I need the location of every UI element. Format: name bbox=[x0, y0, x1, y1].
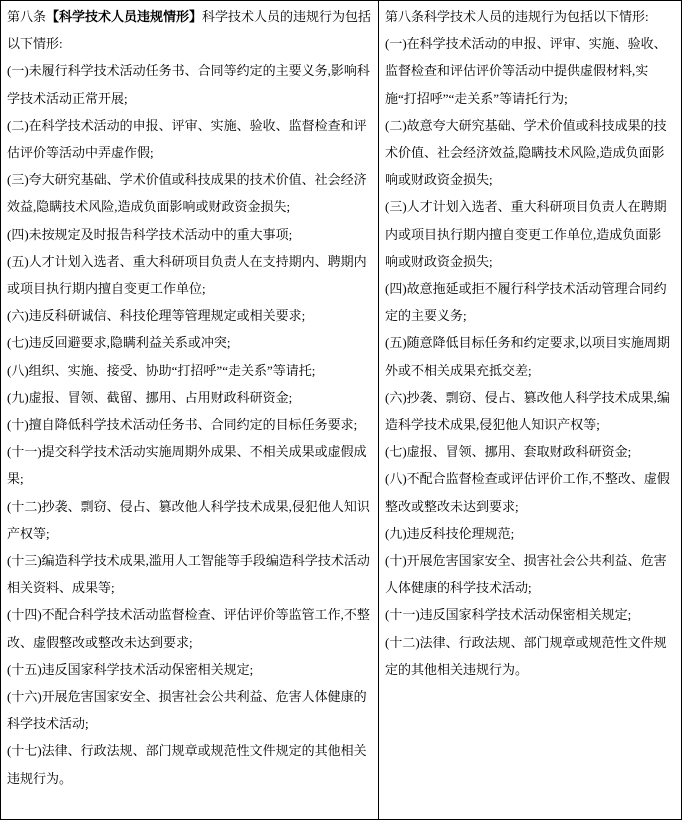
clause-cell-left: 第八条【科学技术人员违规情形】科学技术人员的违规行为包括以下情形: (一)未履行… bbox=[1, 1, 379, 819]
document-page: 第八条【科学技术人员违规情形】科学技术人员的违规行为包括以下情形: (一)未履行… bbox=[0, 0, 682, 820]
clause-item: (一)未履行科学技术活动任务书、合同等约定的主要义务,影响科学技术活动正常开展; bbox=[7, 57, 374, 111]
clause-item: (十三)编造科学技术成果,滥用人工智能等手段编造科学技术活动相关资料、成果等; bbox=[7, 547, 374, 601]
article-heading-right: 第八条科学技术人员的违规行为包括以下情形: bbox=[385, 3, 672, 30]
clause-item: (九)虚报、冒领、截留、挪用、占用财政科研资金; bbox=[7, 384, 374, 411]
clause-item: (七)违反回避要求,隐瞒利益关系或冲突; bbox=[7, 329, 374, 356]
clause-item: (十二)法律、行政法规、部门规章或规范性文件规定的其他相关违规行为。 bbox=[385, 629, 672, 683]
clause-item: (四)故意拖延或拒不履行科学技术活动管理合同约定的主要义务; bbox=[385, 275, 672, 329]
clause-item: (一)在科学技术活动的申报、评审、实施、验收、监督检查和评估评价等活动中提供虚假… bbox=[385, 30, 672, 112]
clause-item: (五)随意降低目标任务和约定要求,以项目实施周期外或不相关成果充抵交差; bbox=[385, 329, 672, 383]
clause-cell-right: 第八条科学技术人员的违规行为包括以下情形: (一)在科学技术活动的申报、评审、实… bbox=[379, 1, 681, 819]
clause-item: (十六)开展危害国家安全、损害社会公共利益、危害人体健康的科学技术活动; bbox=[7, 683, 374, 737]
clause-item: (十四)不配合科学技术活动监督检查、评估评价等监管工作,不整改、虚假整改或整改未… bbox=[7, 601, 374, 655]
clause-item: (九)违反科技伦理规范; bbox=[385, 520, 672, 547]
clause-item: (十七)法律、行政法规、部门规章或规范性文件规定的其他相关违规行为。 bbox=[7, 737, 374, 791]
clause-item: (十五)违反国家科学技术活动保密相关规定; bbox=[7, 656, 374, 683]
clause-item: (十)擅自降低科学技术活动任务书、合同约定的目标任务要求; bbox=[7, 411, 374, 438]
clause-item: (十一)违反国家科学技术活动保密相关规定; bbox=[385, 601, 672, 628]
clause-item: (七)虚报、冒领、挪用、套取财政科研资金; bbox=[385, 438, 672, 465]
clause-item: (十一)提交科学技术活动实施周期外成果、不相关成果或虚假成果; bbox=[7, 438, 374, 492]
clause-item: (五)人才计划入选者、重大科研项目负责人在支持期内、聘期内或项目执行期内擅自变更… bbox=[7, 248, 374, 302]
clause-item: (八)组织、实施、接受、协助“打招呼”“走关系”等请托; bbox=[7, 357, 374, 384]
clause-item: (二)在科学技术活动的申报、评审、实施、验收、监督检查和评估评价等活动中弄虚作假… bbox=[7, 112, 374, 166]
article-title-bold: 【科学技术人员违规情形】 bbox=[46, 9, 202, 24]
clause-item: (二)故意夸大研究基础、学术价值或科技成果的技术价值、社会经济效益,隐瞒技术风险… bbox=[385, 112, 672, 194]
clause-item: (十)开展危害国家安全、损害社会公共利益、危害人体健康的科学技术活动; bbox=[385, 547, 672, 601]
clause-item: (十二)抄袭、剽窃、侵占、篡改他人科学技术成果,侵犯他人知识产权等; bbox=[7, 493, 374, 547]
clause-item: (三)夸大研究基础、学术价值或科技成果的技术价值、社会经济效益,隐瞒技术风险,造… bbox=[7, 166, 374, 220]
clause-item: (六)抄袭、剽窃、侵占、篡改他人科学技术成果,编造科学技术成果,侵犯他人知识产权… bbox=[385, 384, 672, 438]
clause-item: (三)人才计划入选者、重大科研项目负责人在聘期内或项目执行期内擅自变更工作单位,… bbox=[385, 193, 672, 275]
article-heading-left: 第八条【科学技术人员违规情形】科学技术人员的违规行为包括以下情形: bbox=[7, 3, 374, 57]
clause-comparison-table: 第八条【科学技术人员违规情形】科学技术人员的违规行为包括以下情形: (一)未履行… bbox=[0, 0, 682, 820]
clause-item: (六)违反科研诚信、科技伦理等管理规定或相关要求; bbox=[7, 302, 374, 329]
article-number: 第八条 bbox=[7, 9, 46, 24]
clause-item: (八)不配合监督检查或评估评价工作,不整改、虚假整改或整改未达到要求; bbox=[385, 465, 672, 519]
clause-item: (四)未按规定及时报告科学技术活动中的重大事项; bbox=[7, 221, 374, 248]
